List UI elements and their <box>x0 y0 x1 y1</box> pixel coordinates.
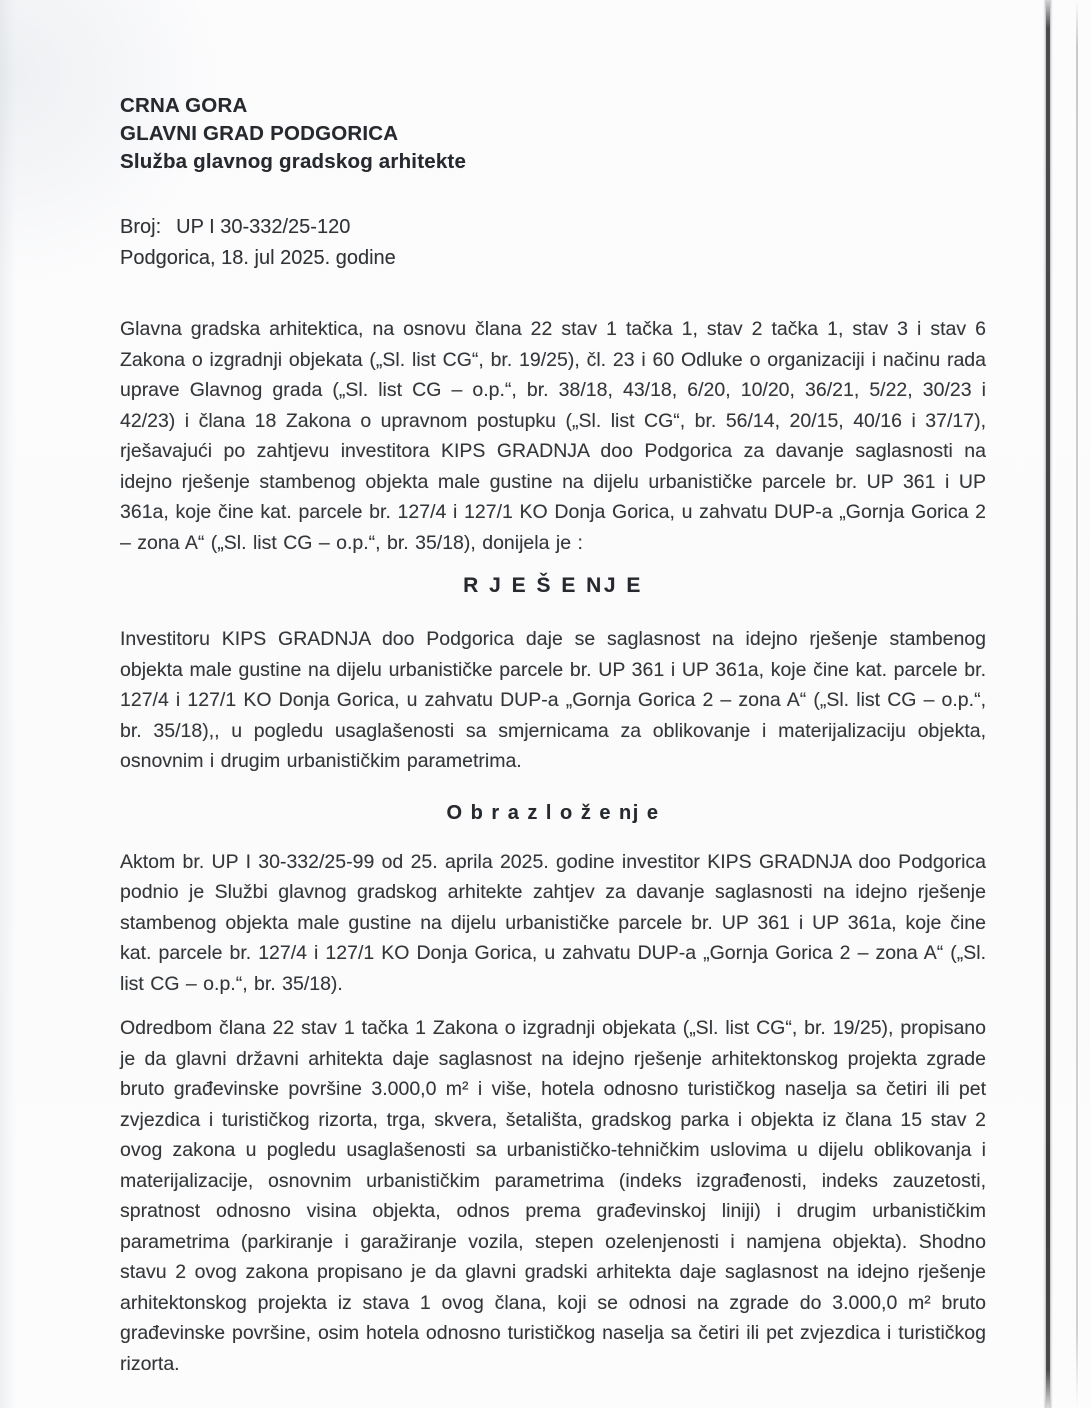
letterhead: CRNA GORA GLAVNI GRAD PODGORICA Služba g… <box>120 92 986 176</box>
explanation-paragraph-1: Aktom br. UP I 30-332/25-99 od 25. april… <box>120 847 986 1000</box>
document-content: CRNA GORA GLAVNI GRAD PODGORICA Služba g… <box>120 0 986 1379</box>
scan-edge-line-dark <box>1046 0 1050 1408</box>
explanation-heading: O b r a z l o ž e nj e <box>120 797 986 829</box>
decision-heading: R J E Š E NJ E <box>120 570 986 602</box>
case-number-label: Broj: <box>120 216 161 238</box>
intro-paragraph: Glavna gradska arhitektica, na osnovu čl… <box>120 314 986 558</box>
letterhead-city: GLAVNI GRAD PODGORICA <box>120 120 986 148</box>
case-number-value: UP I 30-332/25-120 <box>176 216 350 238</box>
letterhead-office: Služba glavnog gradskog arhitekte <box>120 148 986 176</box>
case-number-line: Broj:UP I 30-332/25-120 <box>120 212 986 243</box>
decision-paragraph: Investitoru KIPS GRADNJA doo Podgorica d… <box>120 624 986 777</box>
scanned-document-page: CRNA GORA GLAVNI GRAD PODGORICA Služba g… <box>0 0 1090 1408</box>
reference-block: Broj:UP I 30-332/25-120 Podgorica, 18. j… <box>120 212 986 274</box>
place-date-line: Podgorica, 18. jul 2025. godine <box>120 243 986 274</box>
scan-edge-line-light <box>1076 0 1078 1408</box>
scan-left-edge-shade <box>0 0 16 1408</box>
letterhead-country: CRNA GORA <box>120 92 986 120</box>
explanation-paragraph-2: Odredbom člana 22 stav 1 tačka 1 Zakona … <box>120 1013 986 1379</box>
